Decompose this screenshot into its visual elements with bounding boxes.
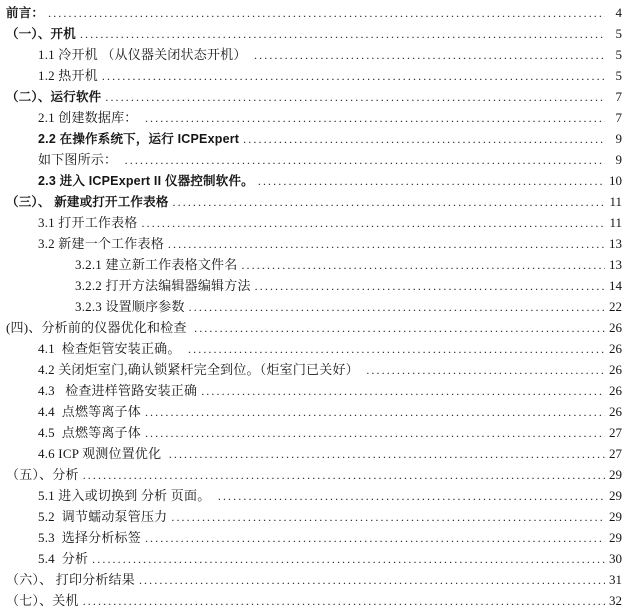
toc-entry-label: 4.4 点燃等离子体 xyxy=(38,401,141,422)
toc-leader-dots: ........................................… xyxy=(145,423,605,444)
toc-entry-label: 2.1 创建数据库： xyxy=(38,107,141,128)
toc-leader-dots: ........................................… xyxy=(83,465,605,486)
toc-entry-label: 4.3 检查进样管路安装正确 xyxy=(38,380,197,401)
toc-entry[interactable]: (四)、分析前的仪器优化和检查 ........................… xyxy=(6,317,622,338)
toc-entry-page: 27 xyxy=(608,422,622,443)
toc-entry[interactable]: （三）、 新建或打开工作表格 .........................… xyxy=(6,191,622,212)
toc-entry-page: 10 xyxy=(608,170,622,191)
toc-leader-dots: ........................................… xyxy=(125,150,605,171)
toc-leader-dots: ........................................… xyxy=(142,213,605,234)
toc-leader-dots: ........................................… xyxy=(139,570,605,591)
toc-entry-page: 29 xyxy=(608,506,622,527)
toc-entry[interactable]: 3.2.3 设置顺序参数 ...........................… xyxy=(6,296,622,317)
toc-entry-page: 9 xyxy=(608,128,622,149)
toc-entry[interactable]: 4.1 检查炬管安装正确。 ..........................… xyxy=(6,338,622,359)
table-of-contents: 前言： ....................................… xyxy=(6,2,622,609)
toc-leader-dots: ........................................… xyxy=(255,276,605,297)
toc-leader-dots: ........................................… xyxy=(145,528,605,549)
toc-entry-label: 3.2.3 设置顺序参数 xyxy=(75,296,185,317)
toc-leader-dots: ........................................… xyxy=(218,486,605,507)
toc-entry[interactable]: （二）、运行软件 ...............................… xyxy=(6,86,622,107)
toc-entry-label: 2.3 进入 ICPExpert II 仪器控制软件。 xyxy=(38,171,254,192)
toc-leader-dots: ........................................… xyxy=(173,192,605,213)
toc-entry-label: （五）、分析 xyxy=(6,464,79,485)
toc-entry-page: 14 xyxy=(608,275,622,296)
toc-entry-label: 3.2.1 建立新工作表格文件名 xyxy=(75,254,237,275)
toc-entry-page: 29 xyxy=(608,527,622,548)
toc-entry-page: 5 xyxy=(608,44,622,65)
toc-entry[interactable]: 5.3 选择分析标签 .............................… xyxy=(6,527,622,548)
toc-entry-page: 11 xyxy=(608,191,622,212)
toc-entry-label: 3.2 新建一个工作表格 xyxy=(38,233,164,254)
toc-entry[interactable]: （一）、开机 .................................… xyxy=(6,23,622,44)
toc-leader-dots: ........................................… xyxy=(171,507,605,528)
toc-entry-page: 7 xyxy=(608,107,622,128)
toc-entry-label: 5.2 调节蠕动泵管压力 xyxy=(38,506,167,527)
toc-entry-page: 13 xyxy=(608,254,622,275)
toc-entry[interactable]: （七）、关机 .................................… xyxy=(6,590,622,609)
toc-leader-dots: ........................................… xyxy=(194,318,605,339)
toc-entry[interactable]: 5.1 进入或切换到 分析 页面。 ......................… xyxy=(6,485,622,506)
toc-entry-label: 4.2 关闭炬室门,确认锁紧杆完全到位。（炬室门已关好） xyxy=(38,359,362,380)
toc-leader-dots: ........................................… xyxy=(258,171,605,192)
toc-entry[interactable]: （六）、 打印分析结果 ............................… xyxy=(6,569,622,590)
toc-entry-page: 22 xyxy=(608,296,622,317)
toc-entry-label: 3.1 打开工作表格 xyxy=(38,212,138,233)
toc-entry-page: 7 xyxy=(608,86,622,107)
toc-leader-dots: ........................................… xyxy=(48,3,605,24)
toc-entry-page: 29 xyxy=(608,485,622,506)
toc-entry[interactable]: 4.5 点燃等离子体 .............................… xyxy=(6,422,622,443)
toc-entry-label: 5.4 分析 xyxy=(38,548,88,569)
toc-entry[interactable]: 2.3 进入 ICPExpert II 仪器控制软件。 ............… xyxy=(6,170,622,191)
toc-entry[interactable]: 5.2 调节蠕动泵管压力 ...........................… xyxy=(6,506,622,527)
toc-entry-label: （一）、开机 xyxy=(6,24,76,45)
toc-leader-dots: ........................................… xyxy=(366,360,605,381)
toc-entry-label: （三）、 新建或打开工作表格 xyxy=(6,192,169,213)
toc-entry[interactable]: 前言： ....................................… xyxy=(6,2,622,23)
toc-leader-dots: ........................................… xyxy=(105,87,605,108)
toc-leader-dots: ........................................… xyxy=(241,255,605,276)
toc-entry-page: 4 xyxy=(608,2,622,23)
toc-entry[interactable]: 4.2 关闭炬室门,确认锁紧杆完全到位。（炬室门已关好） ...........… xyxy=(6,359,622,380)
toc-entry[interactable]: 2.1 创建数据库： .............................… xyxy=(6,107,622,128)
toc-leader-dots: ........................................… xyxy=(80,24,605,45)
toc-entry[interactable]: 1.2 热开机 ................................… xyxy=(6,65,622,86)
toc-entry-label: （二）、运行软件 xyxy=(6,87,101,108)
toc-leader-dots: ........................................… xyxy=(243,129,605,150)
toc-entry-page: 26 xyxy=(608,338,622,359)
toc-entry-label: 1.2 热开机 xyxy=(38,65,98,86)
toc-entry-label: （六）、 打印分析结果 xyxy=(6,569,135,590)
toc-leader-dots: ........................................… xyxy=(83,591,605,609)
toc-leader-dots: ........................................… xyxy=(169,444,605,465)
toc-entry-label: 前言： xyxy=(6,3,44,24)
toc-entry-page: 31 xyxy=(608,569,622,590)
toc-entry[interactable]: 3.2.1 建立新工作表格文件名 .......................… xyxy=(6,254,622,275)
toc-entry-label: 4.6 ICP 观测位置优化 xyxy=(38,443,165,464)
toc-entry-label: 4.1 检查炬管安装正确。 xyxy=(38,338,184,359)
toc-entry-label: 4.5 点燃等离子体 xyxy=(38,422,141,443)
toc-entry[interactable]: 5.4 分析 .................................… xyxy=(6,548,622,569)
toc-entry-page: 26 xyxy=(608,380,622,401)
toc-entry[interactable]: 3.2 新建一个工作表格 ...........................… xyxy=(6,233,622,254)
toc-entry-label: 5.1 进入或切换到 分析 页面。 xyxy=(38,485,214,506)
toc-entry-page: 5 xyxy=(608,65,622,86)
toc-entry-label: (四)、分析前的仪器优化和检查 xyxy=(6,317,190,338)
toc-entry-label: 如下图所示： xyxy=(38,149,121,170)
toc-entry[interactable]: 3.1 打开工作表格 .............................… xyxy=(6,212,622,233)
toc-entry-label: （七）、关机 xyxy=(6,590,79,609)
toc-entry-page: 27 xyxy=(608,443,622,464)
toc-entry[interactable]: 如下图所示： .................................… xyxy=(6,149,622,170)
toc-entry-label: 1.1 冷开机 （从仪器关闭状态开机） xyxy=(38,44,250,65)
toc-leader-dots: ........................................… xyxy=(102,66,605,87)
toc-leader-dots: ........................................… xyxy=(254,45,605,66)
toc-entry-page: 26 xyxy=(608,317,622,338)
toc-entry-label: 5.3 选择分析标签 xyxy=(38,527,141,548)
toc-entry-label: 2.2 在操作系统下，运行 ICPExpert xyxy=(38,129,239,150)
toc-entry-page: 29 xyxy=(608,464,622,485)
toc-entry-page: 5 xyxy=(608,23,622,44)
toc-entry[interactable]: （五）、分析 .................................… xyxy=(6,464,622,485)
toc-leader-dots: ........................................… xyxy=(168,234,605,255)
toc-entry-label: 3.2.2 打开方法编辑器编辑方法 xyxy=(75,275,251,296)
toc-entry[interactable]: 1.1 冷开机 （从仪器关闭状态开机） ....................… xyxy=(6,44,622,65)
toc-leader-dots: ........................................… xyxy=(92,549,605,570)
document-page: 前言： ....................................… xyxy=(0,0,632,609)
toc-entry[interactable]: 2.2 在操作系统下，运行 ICPExpert ................… xyxy=(6,128,622,149)
toc-entry[interactable]: 4.4 点燃等离子体 .............................… xyxy=(6,401,622,422)
toc-entry[interactable]: 3.2.2 打开方法编辑器编辑方法 ......................… xyxy=(6,275,622,296)
toc-leader-dots: ........................................… xyxy=(189,297,605,318)
toc-entry-page: 11 xyxy=(608,212,622,233)
toc-entry[interactable]: 4.3 检查进样管路安装正确 .........................… xyxy=(6,380,622,401)
toc-leader-dots: ........................................… xyxy=(145,108,605,129)
toc-entry[interactable]: 4.6 ICP 观测位置优化 .........................… xyxy=(6,443,622,464)
toc-leader-dots: ........................................… xyxy=(201,381,605,402)
toc-leader-dots: ........................................… xyxy=(145,402,605,423)
toc-entry-page: 32 xyxy=(608,590,622,609)
toc-entry-page: 26 xyxy=(608,401,622,422)
toc-entry-page: 9 xyxy=(608,149,622,170)
toc-entry-page: 30 xyxy=(608,548,622,569)
toc-leader-dots: ........................................… xyxy=(188,339,605,360)
toc-entry-page: 13 xyxy=(608,233,622,254)
toc-entry-page: 26 xyxy=(608,359,622,380)
